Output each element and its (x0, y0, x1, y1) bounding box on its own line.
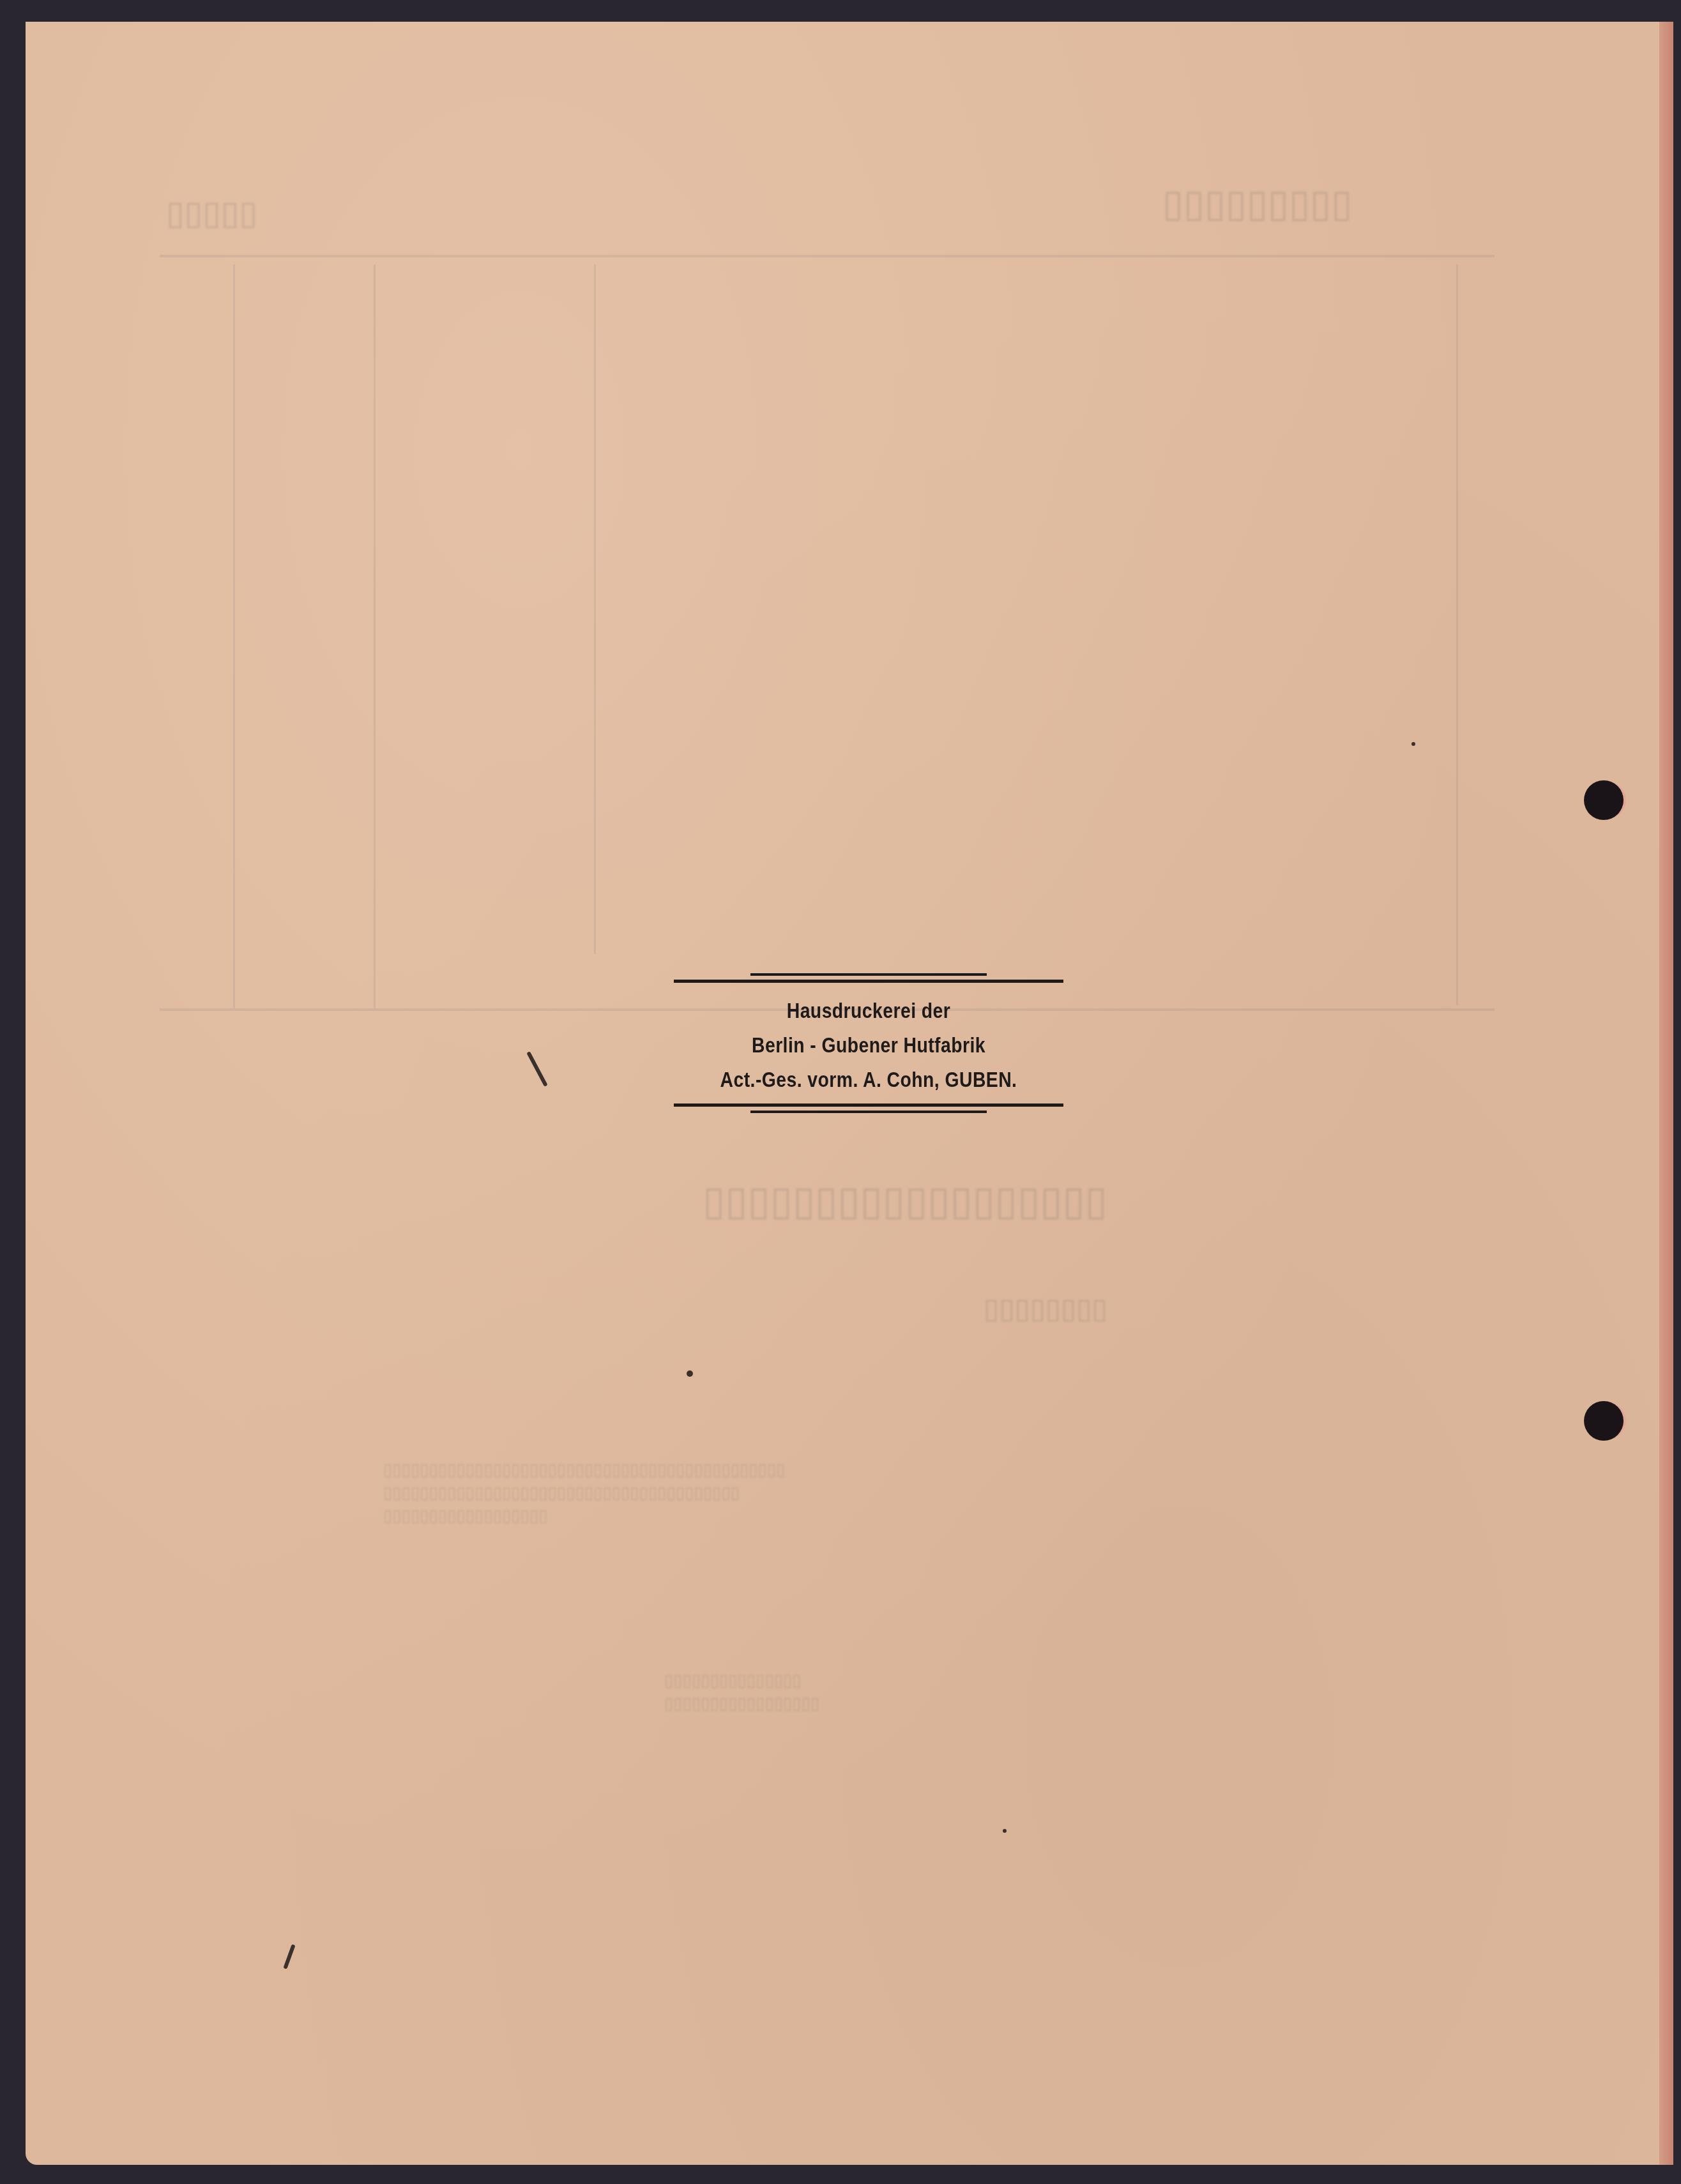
ghost-title: ▯▯▯▯▯▯▯▯▯▯▯▯▯▯▯▯▯▯ (703, 1178, 1107, 1225)
ghost-col-line (374, 264, 376, 1008)
speck (687, 1370, 693, 1377)
ghost-col-line (233, 264, 235, 1008)
paper-edge (1659, 22, 1673, 2165)
ghost-col-line (594, 264, 596, 954)
punch-hole (1584, 780, 1624, 820)
ghost-heading-right: ▯▯▯▯▯▯▯▯▯ (1162, 181, 1352, 226)
stray-mark (283, 1944, 295, 1969)
imprint-rule-bottom (648, 1103, 1089, 1115)
ghost-heading-left: ▯▯▯▯▯ (166, 194, 257, 232)
ghost-signature: ▯▯▯▯▯▯▯▯▯▯▯▯▯▯▯▯▯▯▯▯▯▯▯▯▯▯▯▯▯▯▯▯ (664, 1669, 819, 1715)
imprint-rule-top (648, 973, 1089, 985)
stray-mark (526, 1051, 547, 1087)
ghost-paragraph: ▯▯▯▯▯▯▯▯▯▯▯▯▯▯▯▯▯▯▯▯▯▯▯▯▯▯▯▯▯▯▯▯▯▯▯▯▯▯▯▯… (383, 1459, 786, 1528)
document-page: ▯▯▯▯▯ ▯▯▯▯▯▯▯▯▯ ▯▯▯▯▯▯▯▯▯▯▯▯▯▯▯▯▯▯ ▯▯▯▯▯… (26, 22, 1673, 2165)
speck (1003, 1829, 1007, 1833)
imprint-line-1: Hausdruckerei der (679, 994, 1058, 1028)
speck (1411, 742, 1415, 746)
ghost-subtitle: ▯▯▯▯▯▯▯▯ (984, 1293, 1107, 1325)
imprint-line-2: Berlin - Gubener Hutfabrik (679, 1028, 1058, 1063)
imprint-line-3: Act.-Ges. vorm. A. Cohn, GUBEN. (679, 1063, 1058, 1097)
ghost-col-line (1456, 264, 1458, 1005)
ghost-rule (160, 255, 1495, 257)
printer-imprint: Hausdruckerei der Berlin - Gubener Hutfa… (648, 973, 1089, 1115)
punch-hole (1584, 1401, 1624, 1441)
